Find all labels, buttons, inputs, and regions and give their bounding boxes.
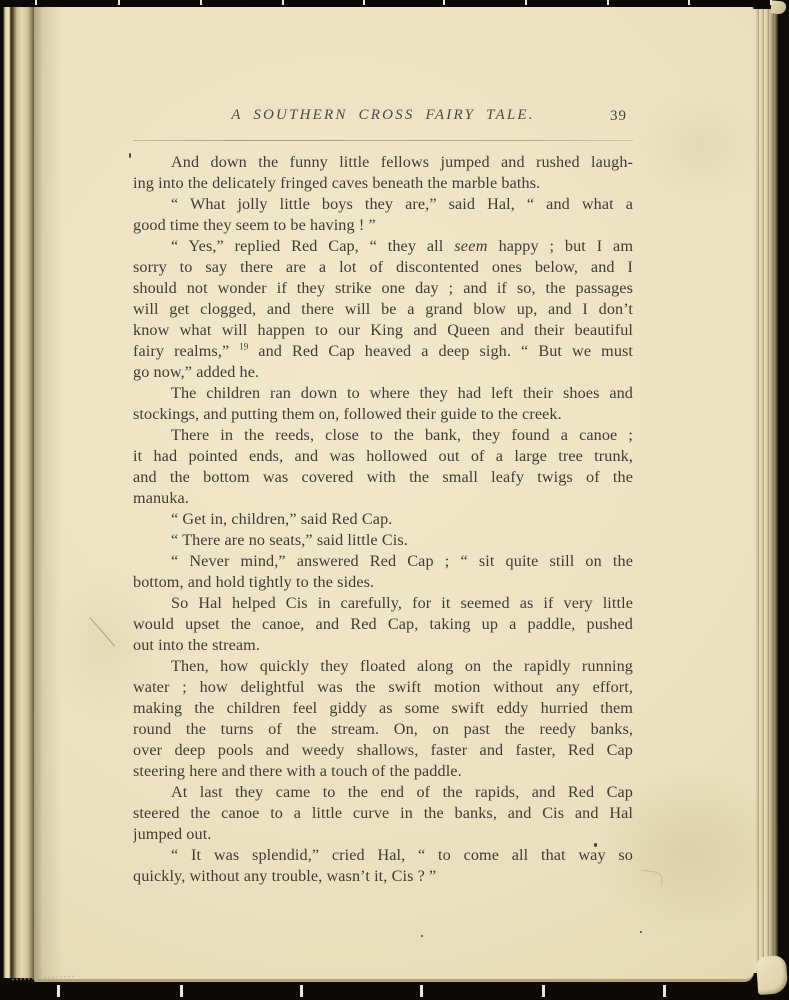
text-line: “ It was splendid,” cried Hal, “ to come… <box>133 845 633 866</box>
text-line: good time they seem to be having ! ” <box>133 215 633 236</box>
text-line: know what will happen to our King and Qu… <box>133 320 633 341</box>
text-line: “ Yes,” replied Red Cap, “ they all seem… <box>133 236 633 257</box>
bottom-ruler <box>0 983 789 1000</box>
paragraph: At last they came to the end of the rapi… <box>133 782 633 845</box>
header-rule <box>133 140 633 141</box>
ink-speck <box>129 153 131 158</box>
running-title: A SOUTHERN CROSS FAIRY TALE. <box>133 107 633 124</box>
ruler-tick <box>35 0 37 5</box>
paragraph: So Hal helped Cis in carefully, for it s… <box>133 593 633 656</box>
pencil-mark <box>639 869 664 886</box>
page-corner-top-right <box>770 0 786 14</box>
text-line: jumped out. <box>133 824 633 845</box>
ruler-tick <box>542 985 545 997</box>
text-line: sorry to say there are a lot of disconte… <box>133 257 633 278</box>
text-line: “ What jolly little boys they are,” said… <box>133 194 633 215</box>
paragraph: And down the funny little fellows jumped… <box>133 152 633 194</box>
text-line: The children ran down to where they had … <box>133 383 633 404</box>
text-line: ing into the delicately fringed caves be… <box>133 173 633 194</box>
text-line: There in the reeds, close to the bank, t… <box>133 425 633 446</box>
paragraph: “ There are no seats,” said little Cis. <box>133 530 633 551</box>
text-line: steered the canoe to a little curve in t… <box>133 803 633 824</box>
text-line: fairy realms,” 19 and Red Cap heaved a d… <box>133 341 633 362</box>
ruler-tick <box>607 0 609 5</box>
paragraph: “ What jolly little boys they are,” said… <box>133 194 633 236</box>
ink-speck <box>594 843 597 847</box>
ruler-tick <box>282 0 284 5</box>
ink-speck <box>421 935 423 937</box>
text-block: A SOUTHERN CROSS FAIRY TALE. 39 And down… <box>133 107 633 887</box>
paragraph: There in the reeds, close to the bank, t… <box>133 425 633 509</box>
text-line: bottom, and hold tightly to the sides. <box>133 572 633 593</box>
ruler-tick <box>525 0 527 5</box>
ruler-tick <box>663 985 666 997</box>
ruler-tick <box>363 0 365 5</box>
book-page: A SOUTHERN CROSS FAIRY TALE. 39 And down… <box>34 6 754 982</box>
text-line: go now,” added he. <box>133 362 633 383</box>
text-line: quickly, without any trouble, wasn’t it,… <box>133 866 633 887</box>
ruler-tick <box>443 0 445 5</box>
paragraph: Then, how quickly they floated along on … <box>133 656 633 782</box>
page-header: A SOUTHERN CROSS FAIRY TALE. 39 <box>133 107 633 131</box>
text-line: So Hal helped Cis in carefully, for it s… <box>133 593 633 614</box>
text-body: And down the funny little fellows jumped… <box>133 152 633 887</box>
top-ruler <box>0 0 789 7</box>
book-scan: A SOUTHERN CROSS FAIRY TALE. 39 And down… <box>0 0 789 1000</box>
gutter-shadow <box>34 7 64 979</box>
ruler-tick <box>200 0 202 5</box>
text-line: over deep pools and weedy shallows, fast… <box>133 740 633 761</box>
ruler-tick <box>180 985 183 997</box>
text-line: At last they came to the end of the rapi… <box>133 782 633 803</box>
right-page-edges <box>753 9 778 973</box>
paragraph: “ Yes,” replied Red Cap, “ they all seem… <box>133 236 633 383</box>
paragraph: The children ran down to where they had … <box>133 383 633 425</box>
text-line: steering here and there with a touch of … <box>133 761 633 782</box>
text-line: “ There are no seats,” said little Cis. <box>133 530 633 551</box>
paper-stain <box>634 87 764 207</box>
text-line: out into the stream. <box>133 635 633 656</box>
ruler-tick <box>688 0 690 5</box>
text-line: stockings, and putting them on, followed… <box>133 404 633 425</box>
text-line: will get clogged, and there will be a gr… <box>133 299 633 320</box>
text-line: “ Never mind,” answered Red Cap ; “ sit … <box>133 551 633 572</box>
text-line: would upset the canoe, and Red Cap, taki… <box>133 614 633 635</box>
paragraph: “ Never mind,” answered Red Cap ; “ sit … <box>133 551 633 593</box>
ruler-tick <box>420 985 423 997</box>
paragraph: “ Get in, children,” said Red Cap. <box>133 509 633 530</box>
paragraph: “ It was splendid,” cried Hal, “ to come… <box>133 845 633 887</box>
ink-speck <box>640 931 642 933</box>
page-number: 39 <box>610 108 627 125</box>
text-line: making the children feel giddy as some s… <box>133 698 633 719</box>
text-line: manuka. <box>133 488 633 509</box>
text-line: “ Get in, children,” said Red Cap. <box>133 509 633 530</box>
scratch-mark <box>89 617 115 646</box>
text-line: water ; how delightful was the swift mot… <box>133 677 633 698</box>
text-line: Then, how quickly they floated along on … <box>133 656 633 677</box>
ruler-tick <box>118 0 120 5</box>
text-line: and the bottom was covered with the smal… <box>133 467 633 488</box>
text-line: should not wonder if they strike one day… <box>133 278 633 299</box>
ruler-tick <box>300 985 303 997</box>
left-page-edges <box>3 5 34 978</box>
text-line: round the turns of the stream. On, on pa… <box>133 719 633 740</box>
text-line: And down the funny little fellows jumped… <box>133 152 633 173</box>
text-line: it had pointed ends, and was hollowed ou… <box>133 446 633 467</box>
ruler-tick <box>57 985 60 997</box>
